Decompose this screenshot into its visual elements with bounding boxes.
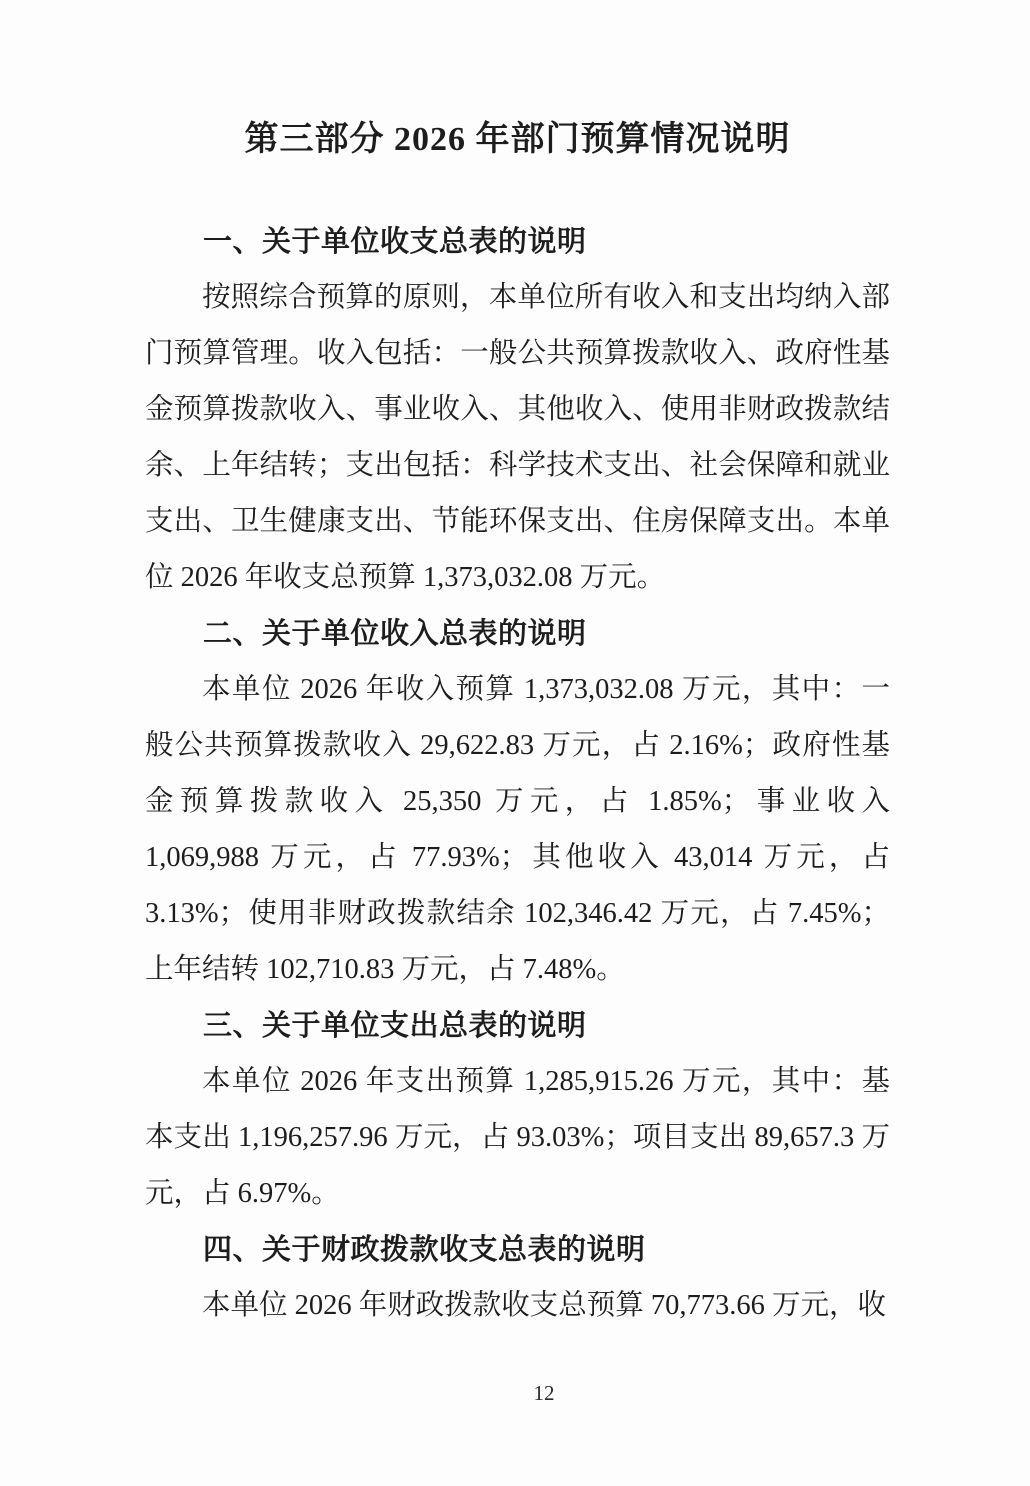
section-income-summary: 二、关于单位收入总表的说明 本单位 2026 年收入预算 1,373,032.0… bbox=[145, 606, 890, 998]
section-4-paragraph: 本单位 2026 年财政拨款收支总预算 70,773.66 万元，收 bbox=[145, 1278, 890, 1334]
page-title: 第三部分 2026 年部门预算情况说明 bbox=[145, 112, 890, 168]
document-page: 第三部分 2026 年部门预算情况说明 一、关于单位收支总表的说明 按照综合预算… bbox=[0, 0, 1030, 1486]
section-3-heading: 三、关于单位支出总表的说明 bbox=[145, 998, 890, 1054]
page-number: 12 bbox=[29, 1380, 1030, 1406]
section-2-paragraph: 本单位 2026 年收入预算 1,373,032.08 万元，其中：一般公共预算… bbox=[145, 662, 890, 998]
section-1-paragraph: 按照综合预算的原则，本单位所有收入和支出均纳入部门预算管理。收入包括：一般公共预… bbox=[145, 270, 890, 606]
document-content: 第三部分 2026 年部门预算情况说明 一、关于单位收支总表的说明 按照综合预算… bbox=[145, 112, 890, 1334]
section-fiscal-appropriation-summary: 四、关于财政拨款收支总表的说明 本单位 2026 年财政拨款收支总预算 70,7… bbox=[145, 1222, 890, 1334]
section-3-paragraph: 本单位 2026 年支出预算 1,285,915.26 万元，其中：基本支出 1… bbox=[145, 1054, 890, 1222]
section-2-heading: 二、关于单位收入总表的说明 bbox=[145, 606, 890, 662]
section-expenditure-summary: 三、关于单位支出总表的说明 本单位 2026 年支出预算 1,285,915.2… bbox=[145, 998, 890, 1222]
section-1-heading: 一、关于单位收支总表的说明 bbox=[145, 214, 890, 270]
section-4-heading: 四、关于财政拨款收支总表的说明 bbox=[145, 1222, 890, 1278]
section-income-expenditure-summary: 一、关于单位收支总表的说明 按照综合预算的原则，本单位所有收入和支出均纳入部门预… bbox=[145, 214, 890, 606]
